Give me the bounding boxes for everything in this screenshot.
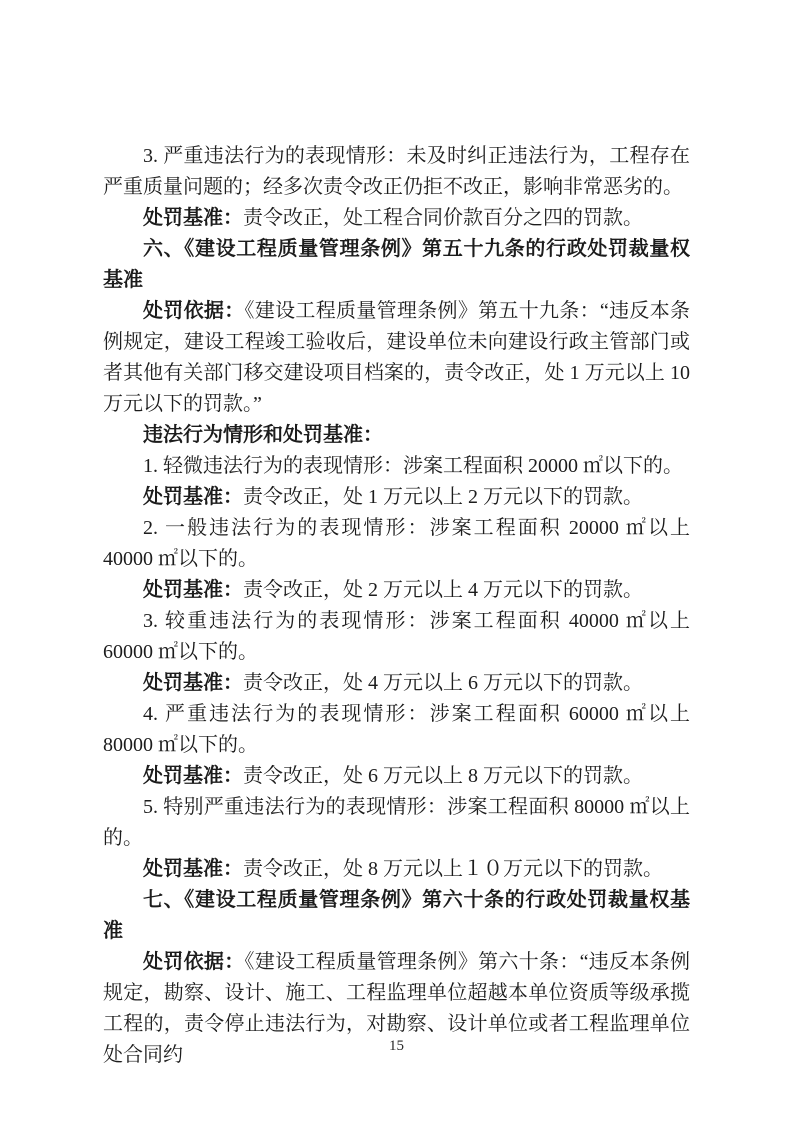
paragraph-lead: 处罚依据： (143, 300, 245, 322)
section-heading-text: 六、《建设工程质量管理条例》第五十九条的行政处罚裁量权基准 (103, 238, 690, 291)
paragraph-text: 4. 严重违法行为的表现情形：涉案工程面积 60000 ㎡以上 80000 ㎡以… (103, 703, 690, 756)
paragraph-penalty-standard: 处罚基准：责令改正，处工程合同价款百分之四的罚款。 (103, 203, 690, 234)
paragraph-violation-item-3: 3. 较重违法行为的表现情形：涉案工程面积 40000 ㎡以上 60000 ㎡以… (103, 606, 690, 668)
paragraph-lead: 处罚基准： (143, 579, 243, 601)
paragraph-lead: 处罚基准： (143, 765, 243, 787)
paragraph-text: 3. 严重违法行为的表现情形：未及时纠正违法行为，工程存在严重质量问题的；经多次… (103, 145, 690, 198)
paragraph-violation-item-2: 2. 一般违法行为的表现情形：涉案工程面积 20000 ㎡以上 40000 ㎡以… (103, 513, 690, 575)
document-page: 3. 严重违法行为的表现情形：未及时纠正违法行为，工程存在严重质量问题的；经多次… (0, 0, 793, 1122)
document-body: 3. 严重违法行为的表现情形：未及时纠正违法行为，工程存在严重质量问题的；经多次… (103, 141, 690, 1071)
paragraph-text: 责令改正，处 1 万元以上 2 万元以下的罚款。 (243, 486, 643, 508)
subheading-text: 违法行为情形和处罚基准： (143, 424, 383, 446)
paragraph-penalty-standard-3: 处罚基准：责令改正，处 4 万元以上 6 万元以下的罚款。 (103, 668, 690, 699)
paragraph-lead: 处罚基准： (143, 858, 243, 880)
paragraph-penalty-standard-5: 处罚基准：责令改正，处 8 万元以上１０万元以下的罚款。 (103, 854, 690, 885)
paragraph-penalty-standard-2: 处罚基准：责令改正，处 2 万元以上 4 万元以下的罚款。 (103, 575, 690, 606)
paragraph-text: 责令改正，处 8 万元以上１０万元以下的罚款。 (243, 858, 663, 880)
paragraph-violation-item-1: 1. 轻微违法行为的表现情形：涉案工程面积 20000 ㎡以下的。 (103, 451, 690, 482)
section-heading-article-60: 七、《建设工程质量管理条例》第六十条的行政处罚裁量权基准 (103, 885, 690, 947)
paragraph-text: 责令改正，处 4 万元以上 6 万元以下的罚款。 (243, 672, 643, 694)
section-heading-article-59: 六、《建设工程质量管理条例》第五十九条的行政处罚裁量权基准 (103, 234, 690, 296)
paragraph-text: 责令改正，处 2 万元以上 4 万元以下的罚款。 (243, 579, 643, 601)
paragraph-penalty-standard-4: 处罚基准：责令改正，处 6 万元以上 8 万元以下的罚款。 (103, 761, 690, 792)
subheading-violation-and-penalty: 违法行为情形和处罚基准： (103, 420, 690, 451)
paragraph-violation-item-4: 4. 严重违法行为的表现情形：涉案工程面积 60000 ㎡以上 80000 ㎡以… (103, 699, 690, 761)
paragraph-text: 责令改正，处 6 万元以上 8 万元以下的罚款。 (243, 765, 643, 787)
paragraph-penalty-basis-article-59: 处罚依据：《建设工程质量管理条例》第五十九条：“违反本条例规定，建设工程竣工验收… (103, 296, 690, 420)
paragraph-text: 2. 一般违法行为的表现情形：涉案工程面积 20000 ㎡以上 40000 ㎡以… (103, 517, 690, 570)
paragraph-lead: 处罚基准： (143, 672, 243, 694)
paragraph-text: 5. 特别严重违法行为的表现情形：涉案工程面积 80000 ㎡以上的。 (103, 796, 690, 849)
paragraph-violation-item-5: 5. 特别严重违法行为的表现情形：涉案工程面积 80000 ㎡以上的。 (103, 792, 690, 854)
section-heading-text: 七、《建设工程质量管理条例》第六十条的行政处罚裁量权基准 (103, 889, 690, 942)
paragraph-text: 1. 轻微违法行为的表现情形：涉案工程面积 20000 ㎡以下的。 (143, 455, 683, 477)
paragraph-lead: 处罚基准： (143, 207, 243, 229)
paragraph-penalty-standard-1: 处罚基准：责令改正，处 1 万元以上 2 万元以下的罚款。 (103, 482, 690, 513)
paragraph-lead: 处罚基准： (143, 486, 243, 508)
paragraph-text: 责令改正，处工程合同价款百分之四的罚款。 (243, 207, 643, 229)
paragraph-text: 3. 较重违法行为的表现情形：涉案工程面积 40000 ㎡以上 60000 ㎡以… (103, 610, 690, 663)
page-number: 15 (0, 1036, 793, 1056)
paragraph-severe-violation-case-3: 3. 严重违法行为的表现情形：未及时纠正违法行为，工程存在严重质量问题的；经多次… (103, 141, 690, 203)
paragraph-lead: 处罚依据： (143, 951, 245, 973)
